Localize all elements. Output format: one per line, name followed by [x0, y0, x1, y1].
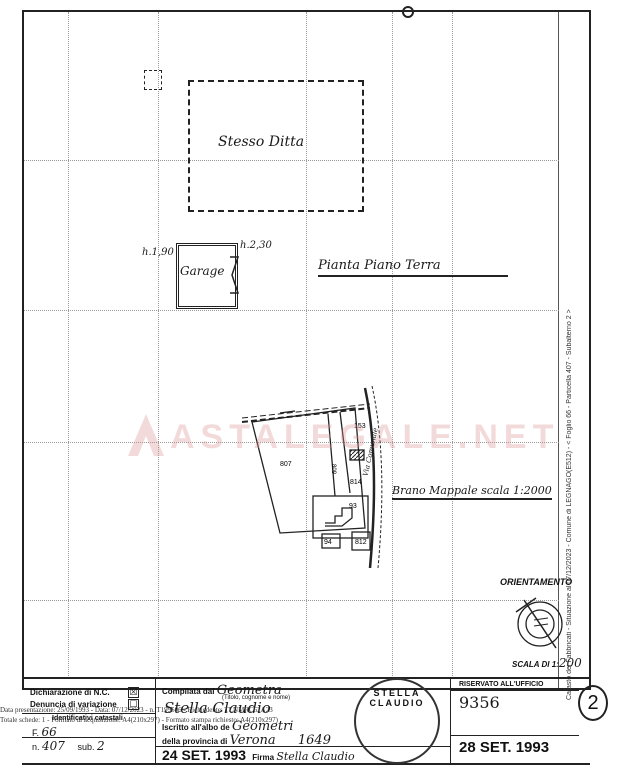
sub-label: sub.: [77, 742, 94, 752]
date-signature-field: 24 SET. 1993 Firma Stella Claudio: [162, 747, 355, 763]
small-dashed-outline: [144, 70, 162, 90]
garage-height-right: h.2,30: [240, 240, 272, 251]
grid-line: [24, 600, 559, 601]
parcel-field: n. 407 sub. 2: [32, 739, 105, 753]
binder-mark: [402, 6, 414, 18]
grid-line: [452, 12, 453, 676]
mappale-label: n.: [32, 742, 40, 752]
nc-declaration-checkbox: ☒: [128, 687, 139, 698]
submission-info-line: Data presentazione: 25/09/1993 - Data: 0…: [0, 706, 273, 714]
svg-text:809: 809: [330, 464, 336, 475]
site-plan-map: 153 807 809 814 93 94 812: [240, 378, 400, 568]
garage-door-icon: [228, 255, 242, 295]
grid-line: [24, 310, 559, 311]
signature-label: Firma: [252, 753, 274, 762]
sub-value: 2: [97, 739, 105, 753]
nc-declaration-label: Dichiarazione di N.C.: [30, 688, 110, 697]
professional-stamp: STELLA CLAUDIO: [354, 678, 440, 764]
signature: Stella Claudio: [276, 750, 354, 763]
scale-prefix: SCALA DI 1:: [512, 660, 559, 669]
stamp-text: STELLA CLAUDIO: [356, 688, 438, 708]
svg-text:807: 807: [280, 461, 292, 468]
divider: [451, 690, 579, 691]
svg-text:94: 94: [324, 539, 332, 546]
divider: [451, 735, 579, 736]
garage-label: Garage: [180, 264, 224, 278]
office-reserved-label: RISERVATO ALL'UFFICIO: [459, 681, 544, 688]
orientation-label: ORIENTAMENTO: [500, 577, 572, 587]
garage-height-left: h.1,90: [142, 247, 174, 258]
mappale-value: 407: [42, 739, 65, 753]
divider: [22, 737, 155, 738]
compiled-by-label: Compilata dal: [162, 687, 214, 696]
grid-line: [68, 12, 69, 676]
floor-plan-title: Pianta Piano Terra: [318, 258, 508, 277]
svg-text:93: 93: [349, 503, 357, 510]
grid-line: [158, 12, 159, 676]
svg-text:812: 812: [355, 539, 367, 546]
register-label: Iscritto all'albo de: [162, 723, 230, 732]
same-owner-label: Stesso Ditta: [218, 134, 304, 150]
format-info-line: Totale schede: 1 - Formato di acquisizio…: [0, 716, 278, 724]
office-column: RISERVATO ALL'UFFICIO 9356 28 SET. 1993: [451, 679, 579, 763]
side-strip-text: Catasto dei Fabbricati - Situazione al 0…: [566, 250, 586, 700]
watermark: ASTALEGALE.NET: [170, 418, 559, 457]
site-plan-label: Brano Mappale scala 1:2000: [392, 484, 552, 500]
svg-text:814: 814: [350, 479, 362, 486]
watermark-logo-icon: [126, 412, 166, 458]
cadastral-plan-sheet: Stesso Ditta Garage h.1,90 h.2,30 Pianta…: [0, 0, 620, 775]
grid-line: [392, 12, 393, 676]
compiled-date: 24 SET. 1993: [162, 747, 246, 763]
province-label: della provincia di: [162, 737, 227, 746]
north-arrow-icon: [510, 594, 566, 650]
office-protocol-number: 9356: [459, 693, 500, 712]
office-received-date: 28 SET. 1993: [459, 739, 549, 756]
